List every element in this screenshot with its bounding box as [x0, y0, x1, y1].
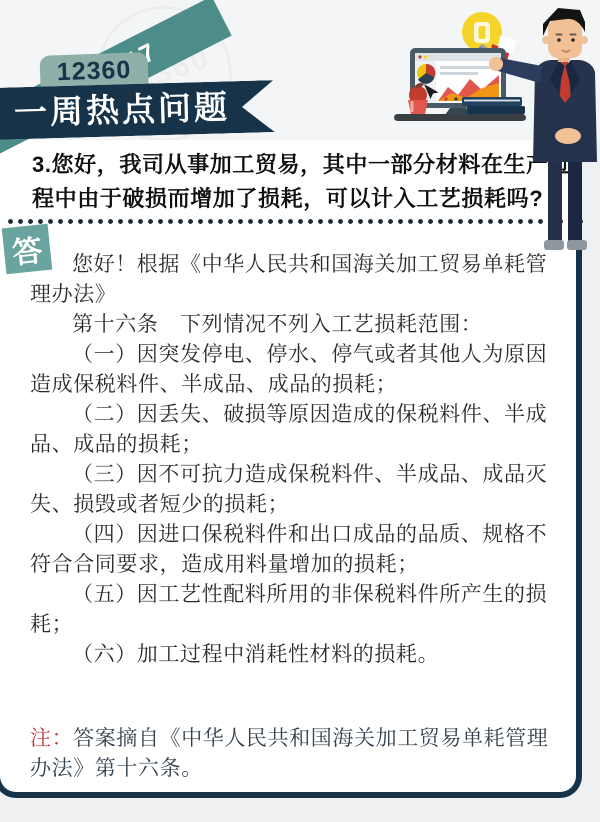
- source-note: 注：答案摘自《中华人民共和国海关加工贸易单耗管理办法》第十六条。: [30, 724, 560, 784]
- answer-paragraph: （五）因工艺性配料所用的非保税料件所产生的损耗；: [30, 580, 560, 640]
- page-title: 一周热点问题: [14, 88, 231, 131]
- answer-body: 您好！根据《中华人民共和国海关加工贸易单耗管理办法》 第十六条 下列情况不列入工…: [30, 250, 560, 670]
- page-title-banner: 一周热点问题: [0, 80, 275, 140]
- illustration-svg: [372, 0, 600, 262]
- answer-badge: 答: [2, 224, 53, 275]
- answer-paragraph: （一）因突发停电、停水、停气或者其他人为原因造成保税料件、半成品、成品的损耗；: [30, 340, 560, 400]
- note-text: 答案摘自《中华人民共和国海关加工贸易单耗管理办法》第十六条。: [30, 727, 548, 780]
- answer-paragraph: （六）加工过程中消耗性材料的损耗。: [30, 640, 560, 670]
- books-icon: [462, 97, 525, 114]
- answer-paragraph: （三）因不可抗力造成保税料件、半成品、成品灭失、损毁或者短少的损耗；: [30, 460, 560, 520]
- illustration: [372, 0, 600, 262]
- infographic-page: 12360 12360 12360 12360 12360 03.11–03.1…: [0, 0, 600, 822]
- answer-paragraph: （二）因丢失、破损等原因造成的保税料件、半成品、成品的损耗；: [30, 400, 560, 460]
- answer-paragraph: 第十六条 下列情况不列入工艺损耗范围：: [30, 310, 560, 340]
- answer-paragraph: （四）因进口保税料件和出口成品的品质、规格不符合合同要求，造成用料量增加的损耗；: [30, 520, 560, 580]
- note-label: 注：: [30, 727, 73, 750]
- hotline-badge: 12360: [39, 52, 148, 88]
- desk-icon: [394, 114, 526, 121]
- hotline-number: 12360: [56, 56, 131, 87]
